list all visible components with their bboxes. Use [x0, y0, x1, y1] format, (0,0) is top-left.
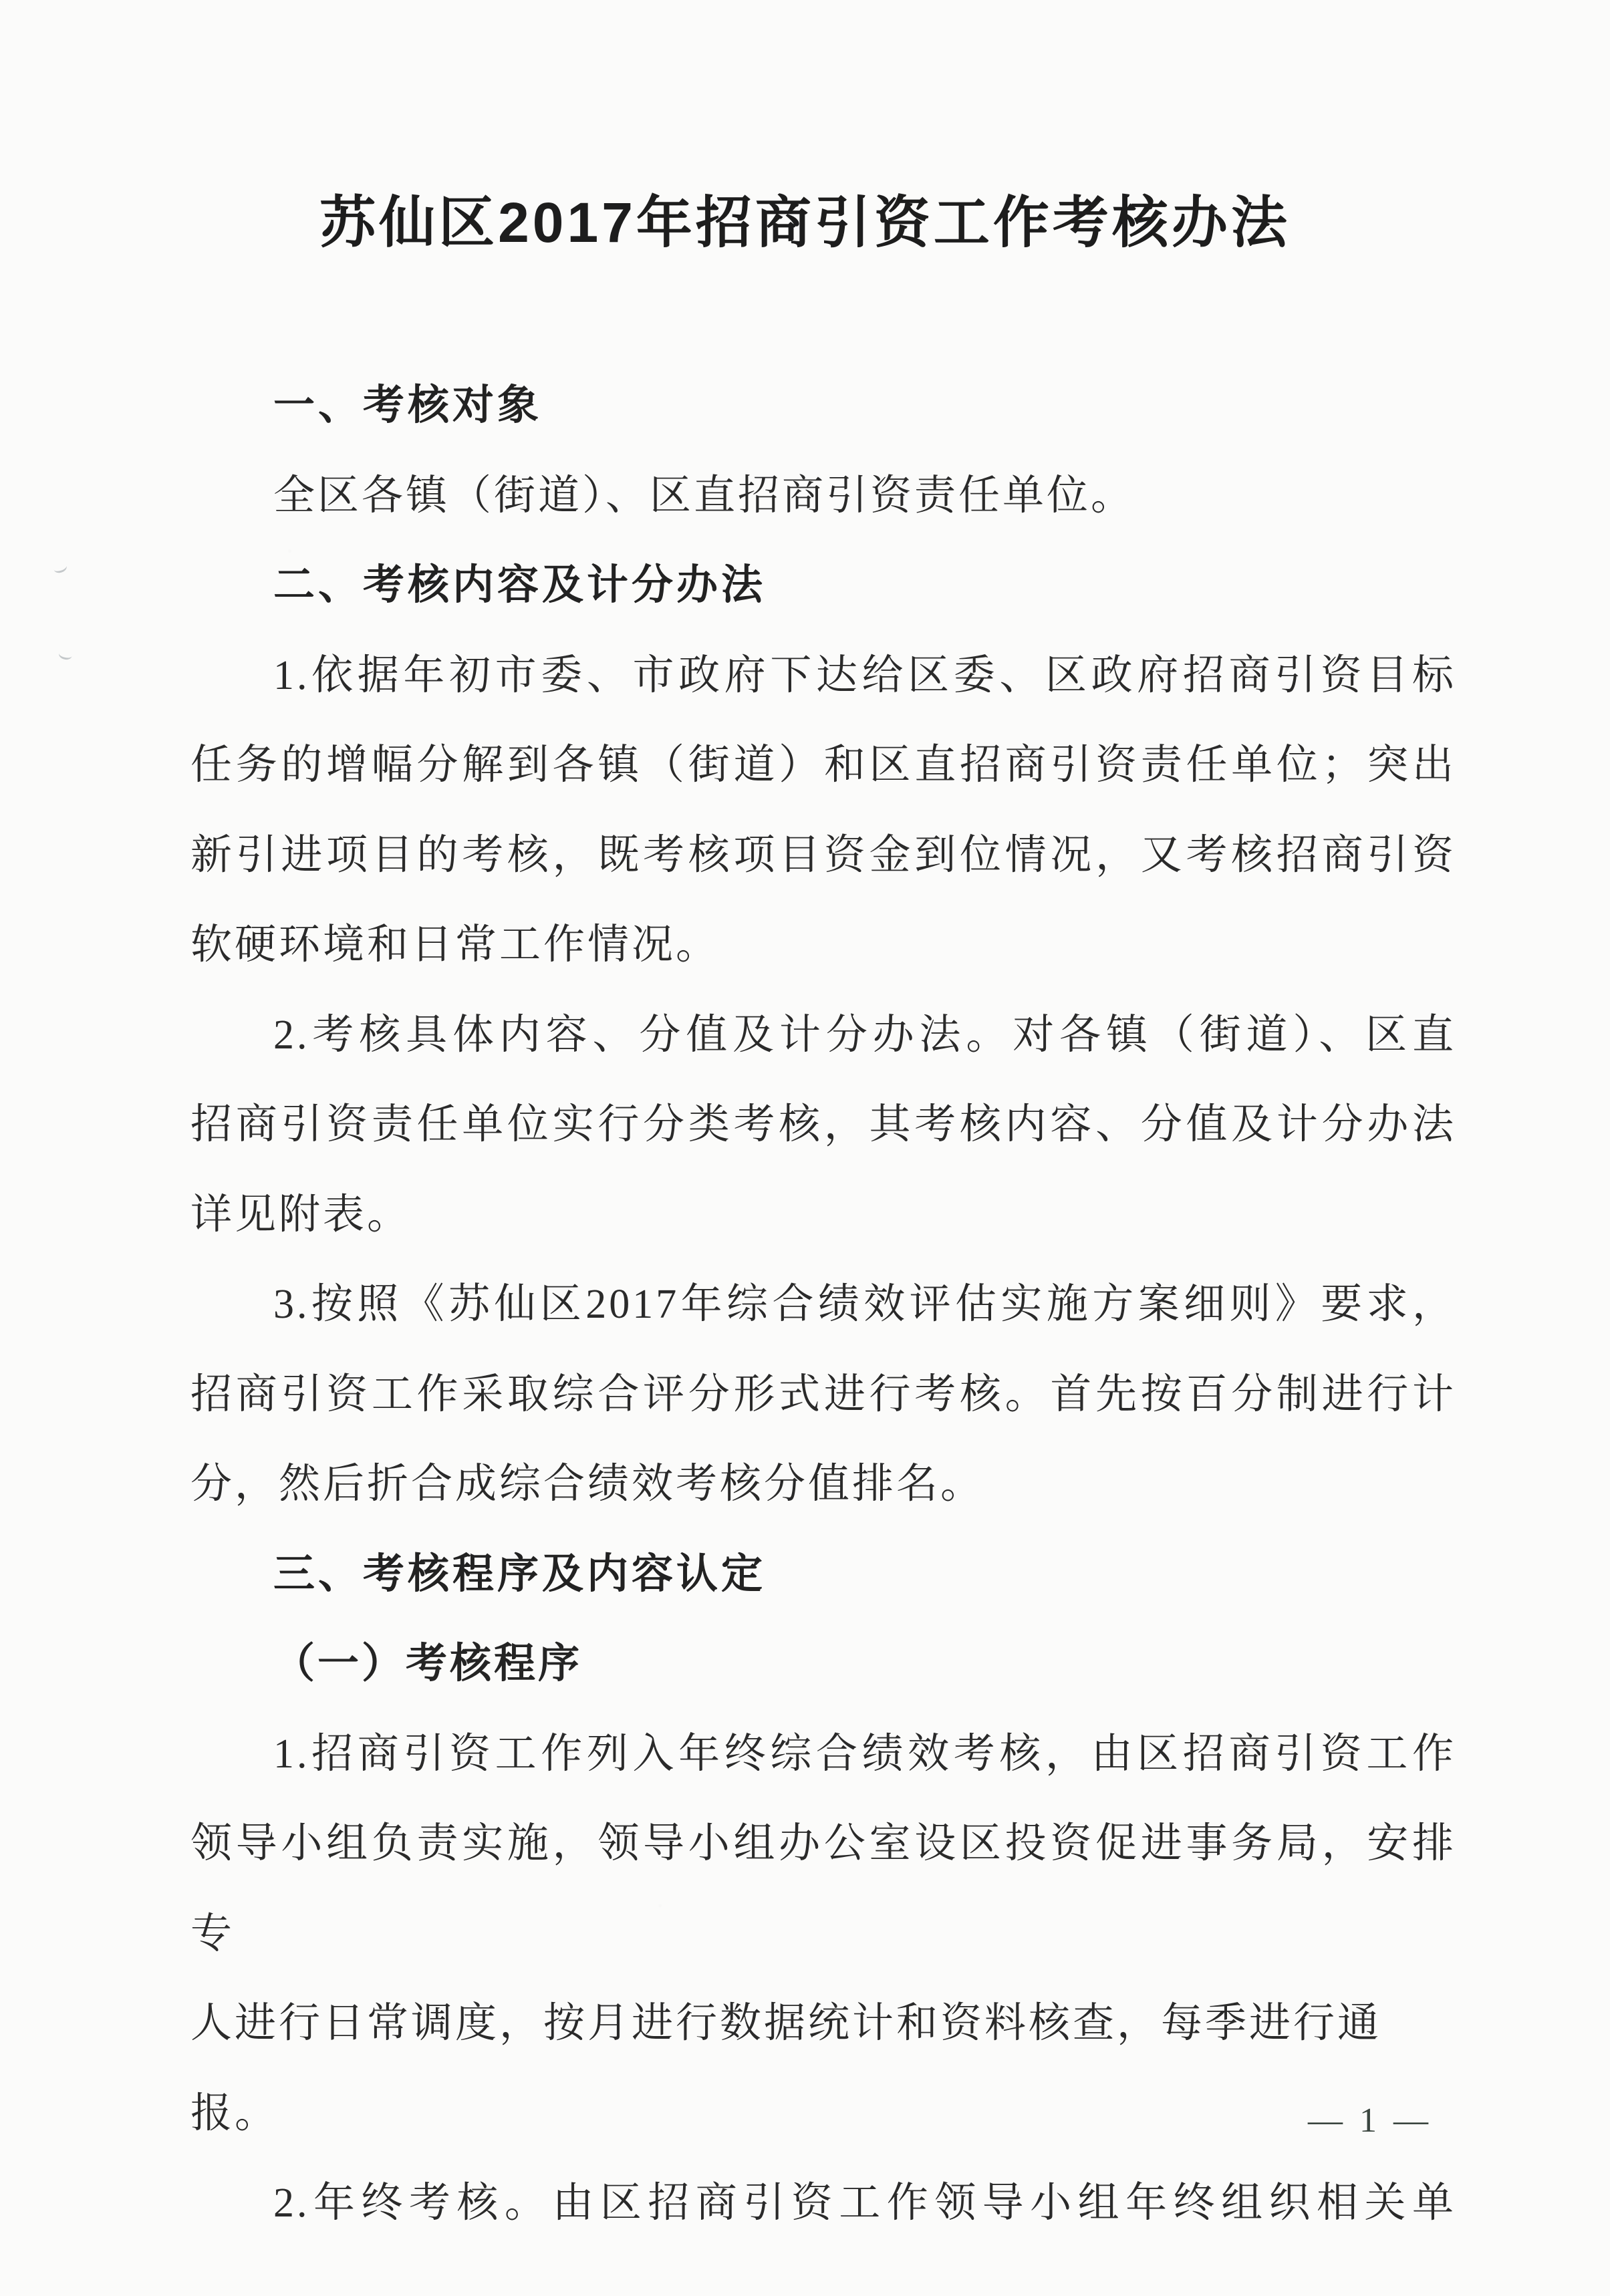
paragraph: 2.考核具体内容、分值及计分办法。对各镇（街道）、区直招商引资责任单位实行分类考… [190, 990, 1456, 1260]
text-line: 1.依据年初市委、市政府下达给区委、区政府招商引资目标 [190, 631, 1456, 721]
text-line: 新引进项目的考核，既考核项目资金到位情况，又考核招商引资 [190, 811, 1456, 901]
text-line: 2.年终考核。由区招商引资工作领导小组年终组织相关单 [190, 2158, 1456, 2249]
text-line: 招商引资工作采取综合评分形式进行考核。首先按百分制进行计 [190, 1350, 1456, 1440]
document-title: 苏仙区2017年招商引资工作考核办法 [0, 191, 1610, 254]
heading: 一、考核对象 [190, 361, 1456, 451]
text-line: 二、考核内容及计分办法 [190, 541, 1456, 631]
page-number: — 1 — [1308, 2101, 1432, 2140]
text-line: 2.考核具体内容、分值及计分办法。对各镇（街道）、区直 [190, 990, 1456, 1081]
text-line: 三、考核程序及内容认定 [190, 1530, 1456, 1620]
scan-artifact [58, 648, 74, 661]
text-line: 详见附表。 [190, 1170, 1456, 1260]
paragraph: 3.按照《苏仙区2017年综合绩效评估实施方案细则》要求，招商引资工作采取综合评… [190, 1260, 1456, 1530]
text-line: 全区各镇（街道）、区直招商引资责任单位。 [190, 451, 1456, 541]
paragraph: 2.年终考核。由区招商引资工作领导小组年终组织相关单 [190, 2158, 1456, 2249]
subheading: （一）考核程序 [190, 1619, 1456, 1709]
text-line: 领导小组负责实施，领导小组办公室设区投资促进事务局，安排专 [190, 1799, 1456, 1979]
text-line: （一）考核程序 [190, 1619, 1456, 1709]
scan-artifact [52, 561, 68, 574]
text-line: 3.按照《苏仙区2017年综合绩效评估实施方案细则》要求， [190, 1260, 1456, 1350]
text-line: 招商引资责任单位实行分类考核，其考核内容、分值及计分办法 [190, 1080, 1456, 1170]
text-line: 一、考核对象 [190, 361, 1456, 451]
document-page: 苏仙区2017年招商引资工作考核办法 一、考核对象全区各镇（街道）、区直招商引资… [0, 0, 1610, 2296]
text-line: 人进行日常调度，按月进行数据统计和资料核查，每季进行通报。 [190, 1979, 1456, 2158]
text-line: 软硬环境和日常工作情况。 [190, 900, 1456, 990]
paragraph: 1.依据年初市委、市政府下达给区委、区政府招商引资目标任务的增幅分解到各镇（街道… [190, 631, 1456, 990]
heading: 三、考核程序及内容认定 [190, 1530, 1456, 1620]
paragraph: 1.招商引资工作列入年终综合绩效考核，由区招商引资工作领导小组负责实施，领导小组… [190, 1709, 1456, 2159]
paragraph: 全区各镇（街道）、区直招商引资责任单位。 [190, 451, 1456, 541]
text-line: 分，然后折合成综合绩效考核分值排名。 [190, 1439, 1456, 1530]
document-body: 一、考核对象全区各镇（街道）、区直招商引资责任单位。二、考核内容及计分办法1.依… [190, 361, 1456, 2249]
text-line: 任务的增幅分解到各镇（街道）和区直招商引资责任单位；突出 [190, 720, 1456, 811]
heading: 二、考核内容及计分办法 [190, 541, 1456, 631]
text-line: 1.招商引资工作列入年终综合绩效考核，由区招商引资工作 [190, 1709, 1456, 1800]
